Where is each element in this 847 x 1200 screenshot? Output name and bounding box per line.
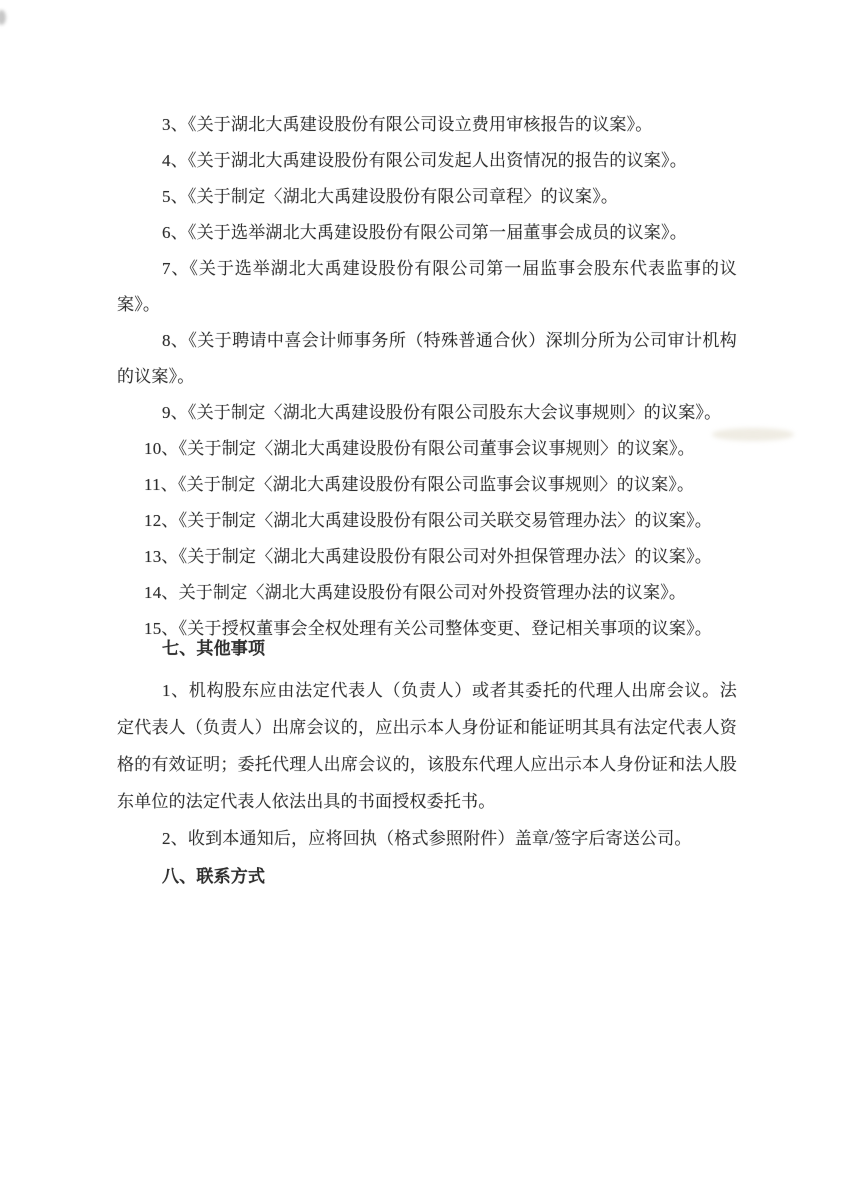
proposal-item: 14、关于制定〈湖北大禹建设股份有限公司对外投资管理办法的议案》。 bbox=[117, 575, 737, 611]
proposal-item: 12、《关于制定〈湖北大禹建设股份有限公司关联交易管理办法〉的议案》。 bbox=[117, 503, 737, 539]
document-text-block: 3、《关于湖北大禹建设股份有限公司设立费用审核报告的议案》。 4、《关于湖北大禹… bbox=[117, 107, 737, 895]
proposal-item: 3、《关于湖北大禹建设股份有限公司设立费用审核报告的议案》。 bbox=[117, 107, 737, 143]
other-matters-paragraph: 1、机构股东应由法定代表人（负责人）或者其委托的代理人出席会议。法定代表人（负责… bbox=[117, 672, 737, 820]
section-heading-contact: 八、联系方式 bbox=[117, 859, 737, 895]
proposal-item: 11、《关于制定〈湖北大禹建设股份有限公司监事会议事规则〉的议案》。 bbox=[117, 467, 737, 503]
proposal-item: 4、《关于湖北大禹建设股份有限公司发起人出资情况的报告的议案》。 bbox=[117, 143, 737, 179]
scan-edge-artifact bbox=[0, 10, 6, 25]
proposal-item: 6、《关于选举湖北大禹建设股份有限公司第一届董事会成员的议案》。 bbox=[117, 215, 737, 251]
proposal-item: 13、《关于制定〈湖北大禹建设股份有限公司对外担保管理办法〉的议案》。 bbox=[117, 539, 737, 575]
other-matters-paragraph: 2、收到本通知后，应将回执（格式参照附件）盖章/签字后寄送公司。 bbox=[117, 820, 737, 857]
proposal-item: 5、《关于制定〈湖北大禹建设股份有限公司章程〉的议案》。 bbox=[117, 179, 737, 215]
proposal-item: 7、《关于选举湖北大禹建设股份有限公司第一届监事会股东代表监事的议案》。 bbox=[117, 251, 737, 323]
proposal-item: 10、《关于制定〈湖北大禹建设股份有限公司董事会议事规则〉的议案》。 bbox=[117, 431, 737, 467]
scanned-document-page: 3、《关于湖北大禹建设股份有限公司设立费用审核报告的议案》。 4、《关于湖北大禹… bbox=[0, 0, 847, 1200]
proposal-item: 9、《关于制定〈湖北大禹建设股份有限公司股东大会议事规则〉的议案》。 bbox=[117, 395, 737, 431]
proposal-item: 8、《关于聘请中喜会计师事务所（特殊普通合伙）深圳分所为公司审计机构的议案》。 bbox=[117, 323, 737, 395]
